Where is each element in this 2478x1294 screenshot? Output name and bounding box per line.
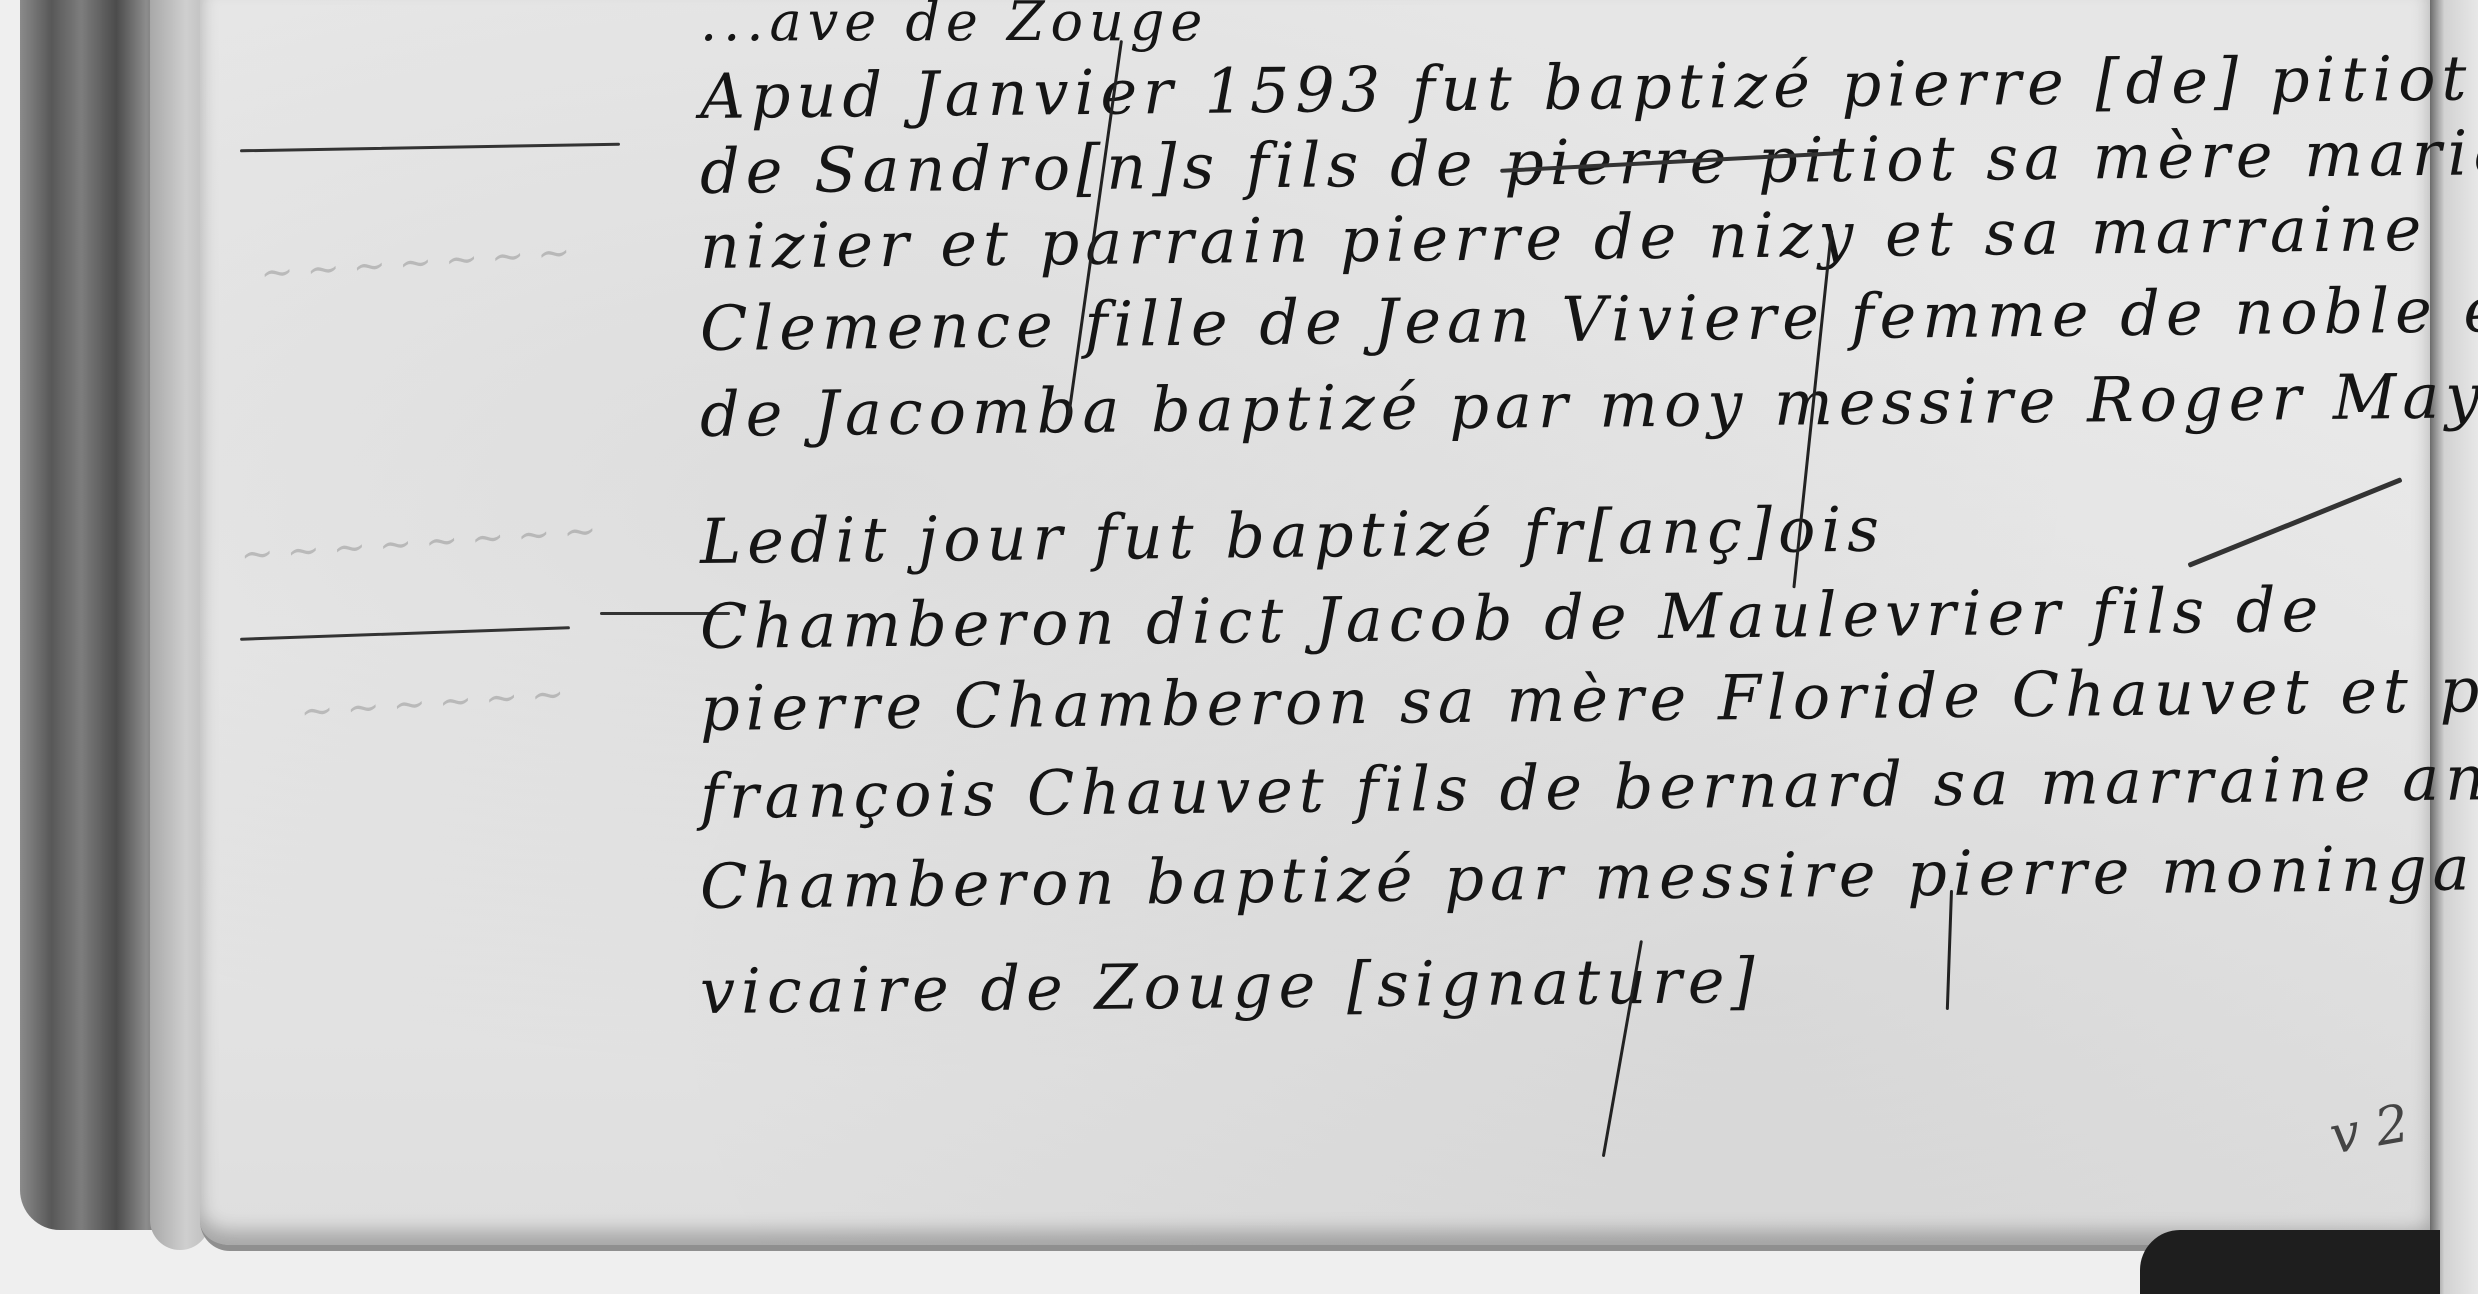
- entry-2-line-1: Ledit jour fut baptizé fr[anç]ois: [700, 493, 1886, 578]
- entry-2-line-6: vicaire de Zouge [signature]: [700, 944, 1761, 1028]
- header-fragment: ...ave de Zouge: [700, 0, 1208, 53]
- page-edge: [2430, 0, 2478, 1294]
- scanned-page: ~ ~ ~ ~ ~ ~ ~ ~ ~ ~ ~ ~ ~ ~ ~ ~ ~ ~ ~ ~ …: [0, 0, 2478, 1294]
- corner-shadow: [2140, 1230, 2440, 1294]
